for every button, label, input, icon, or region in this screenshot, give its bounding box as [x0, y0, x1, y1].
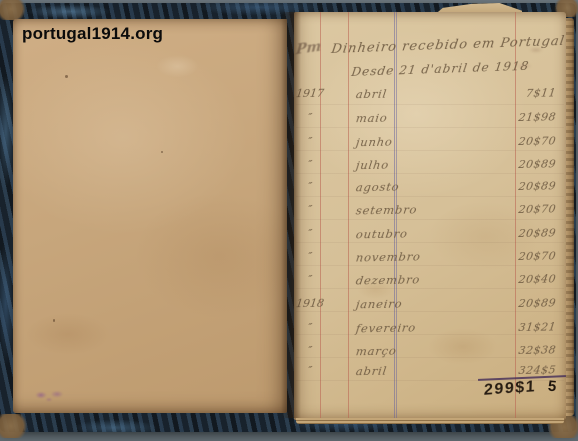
- paper-speck: [53, 319, 55, 322]
- watermark-text: portugal1914.org: [22, 24, 163, 44]
- ledger-month: abril: [355, 364, 388, 379]
- paper-speck: [65, 75, 68, 78]
- ledger-month: dezembro: [355, 272, 421, 287]
- ledger-month: maio: [355, 111, 388, 126]
- ledger-month: março: [355, 344, 397, 359]
- left-blank-page: portugal1914.org: [13, 19, 287, 413]
- ledger-total-overwrite-digit: 5: [547, 378, 557, 396]
- ledger-month: janeiro: [355, 297, 403, 312]
- right-ledger-page: Pm Dinheiro recebido em Portugal Desde 2…: [294, 12, 566, 420]
- ledger-amount: 20$89: [491, 226, 557, 240]
- ledger-row: ″ julho 20$89: [294, 158, 566, 178]
- ledger-month: abril: [355, 87, 388, 102]
- ledger-month: agosto: [355, 180, 400, 195]
- ledger-row: ″ novembro 20$70: [294, 250, 566, 270]
- ledger-row: ″ junho 20$70: [294, 135, 566, 155]
- bottom-page-edges: [296, 418, 564, 424]
- ledger-row: ″ dezembro 20$40: [294, 273, 566, 293]
- ledger-amount: 20$89: [491, 157, 557, 171]
- ledger-month: novembro: [355, 249, 422, 264]
- ledger-row: ″ maio 21$98: [294, 111, 566, 131]
- ledger-month: outubro: [355, 227, 409, 242]
- leather-corner-top-left: [0, 0, 28, 20]
- paper-speck: [161, 151, 163, 153]
- ledger-amount: 20$70: [491, 134, 557, 148]
- ledger-amount: 20$89: [491, 296, 557, 310]
- ledger-row: 1918 janeiro 20$89: [294, 297, 566, 317]
- ledger-amount: 32$38: [491, 343, 557, 357]
- ledger-row: ″ fevereiro 31$21: [294, 321, 566, 341]
- leather-corner-bottom-left: [0, 414, 30, 438]
- ledger-row: ″ setembro 20$70: [294, 203, 566, 223]
- page-stack-edge: [566, 18, 574, 416]
- ledger-amount: 31$21: [491, 320, 557, 334]
- book-gutter-shadow: [281, 12, 301, 418]
- ledger-month: setembro: [355, 202, 418, 217]
- ledger-row: ″ agosto 20$89: [294, 180, 566, 200]
- ledger-amount: 20$40: [491, 272, 557, 286]
- ledger-row: 1917 abril 7$11: [294, 87, 566, 107]
- ledger-row: ″ março 32$38: [294, 344, 566, 364]
- ledger-amount: 20$70: [491, 202, 557, 216]
- ledger-amount: 21$98: [491, 110, 557, 124]
- ledger-month: junho: [355, 135, 394, 150]
- ledger-month: julho: [355, 158, 390, 173]
- ledger-row: ″ outubro 20$89: [294, 227, 566, 247]
- ledger-total: 299$1: [484, 378, 537, 400]
- photo-of-open-ledger-book: portugal1914.org Pm Dinheiro recebido em…: [0, 0, 578, 441]
- purple-ink-smudge: [31, 387, 71, 405]
- ledger-amount: 20$70: [491, 249, 557, 263]
- ledger-amount: 20$89: [491, 179, 557, 193]
- ledger-month: fevereiro: [355, 320, 417, 335]
- ledger-amount: 7$11: [491, 86, 557, 100]
